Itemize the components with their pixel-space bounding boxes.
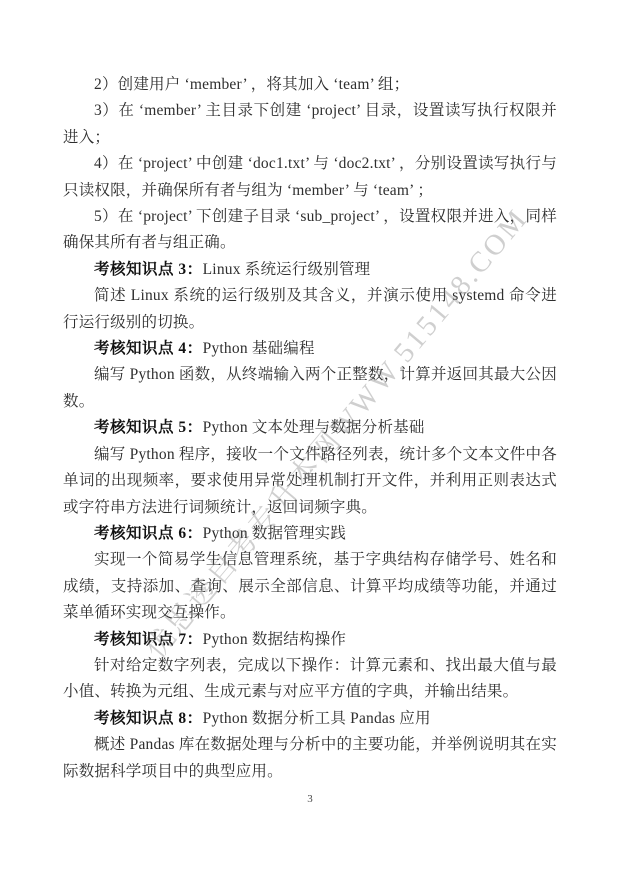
knowledge-point-label: 考核知识点 5： xyxy=(94,419,203,436)
paragraph: 针对给定数字列表，完成以下操作：计算元素和、找出最大值与最小值、转换为元组、生成… xyxy=(63,653,557,706)
knowledge-point-title: Python 数据管理实践 xyxy=(203,525,346,542)
knowledge-point-heading: 考核知识点 8：Python 数据分析工具 Pandas 应用 xyxy=(63,706,557,732)
paragraph: 2）创建用户 ‘member’ ，将其加入 ‘team’ 组； xyxy=(63,72,557,98)
knowledge-point-heading: 考核知识点 6：Python 数据管理实践 xyxy=(63,521,557,547)
knowledge-point-title: Python 数据分析工具 Pandas 应用 xyxy=(203,710,431,727)
knowledge-point-label: 考核知识点 7： xyxy=(94,631,203,648)
knowledge-point-label: 考核知识点 4： xyxy=(94,340,203,357)
knowledge-point-label: 考核知识点 3： xyxy=(94,261,203,278)
page-number: 3 xyxy=(0,793,620,805)
knowledge-point-title: Python 基础编程 xyxy=(203,340,315,357)
paragraph: 简述 Linux 系统的运行级别及其含义，并演示使用 systemd 命令进行运… xyxy=(63,283,557,336)
knowledge-point-heading: 考核知识点 5：Python 文本处理与数据分析基础 xyxy=(63,415,557,441)
knowledge-point-heading: 考核知识点 3：Linux 系统运行级别管理 xyxy=(63,257,557,283)
paragraph: 5）在 ‘project’ 下创建子目录 ‘sub_project’ ，设置权限… xyxy=(63,204,557,257)
knowledge-point-title: Linux 系统运行级别管理 xyxy=(203,261,371,278)
paragraph: 4）在 ‘project’ 中创建 ‘doc1.txt’ 与 ‘doc2.txt… xyxy=(63,151,557,204)
knowledge-point-title: Python 数据结构操作 xyxy=(203,631,346,648)
paragraph: 编写 Python 函数，从终端输入两个正整数，计算并返回其最大公因数。 xyxy=(63,362,557,415)
document-page: 2）创建用户 ‘member’ ，将其加入 ‘team’ 组； 3）在 ‘mem… xyxy=(0,0,620,876)
paragraph: 概述 Pandas 库在数据处理与分析中的主要功能，并举例说明其在实际数据科学项… xyxy=(63,732,557,785)
paragraph: 3）在 ‘member’ 主目录下创建 ‘project’ 目录，设置读写执行权… xyxy=(63,98,557,151)
knowledge-point-label: 考核知识点 6： xyxy=(94,525,203,542)
document-body: 2）创建用户 ‘member’ ，将其加入 ‘team’ 组； 3）在 ‘mem… xyxy=(63,72,557,785)
paragraph: 编写 Python 程序，接收一个文件路径列表，统计多个文本文件中各单词的出现频… xyxy=(63,442,557,521)
paragraph: 实现一个简易学生信息管理系统，基于字典结构存储学号、姓名和成绩，支持添加、查询、… xyxy=(63,547,557,626)
knowledge-point-heading: 考核知识点 4：Python 基础编程 xyxy=(63,336,557,362)
knowledge-point-heading: 考核知识点 7：Python 数据结构操作 xyxy=(63,627,557,653)
knowledge-point-title: Python 文本处理与数据分析基础 xyxy=(203,419,425,436)
knowledge-point-label: 考核知识点 8： xyxy=(94,710,203,727)
